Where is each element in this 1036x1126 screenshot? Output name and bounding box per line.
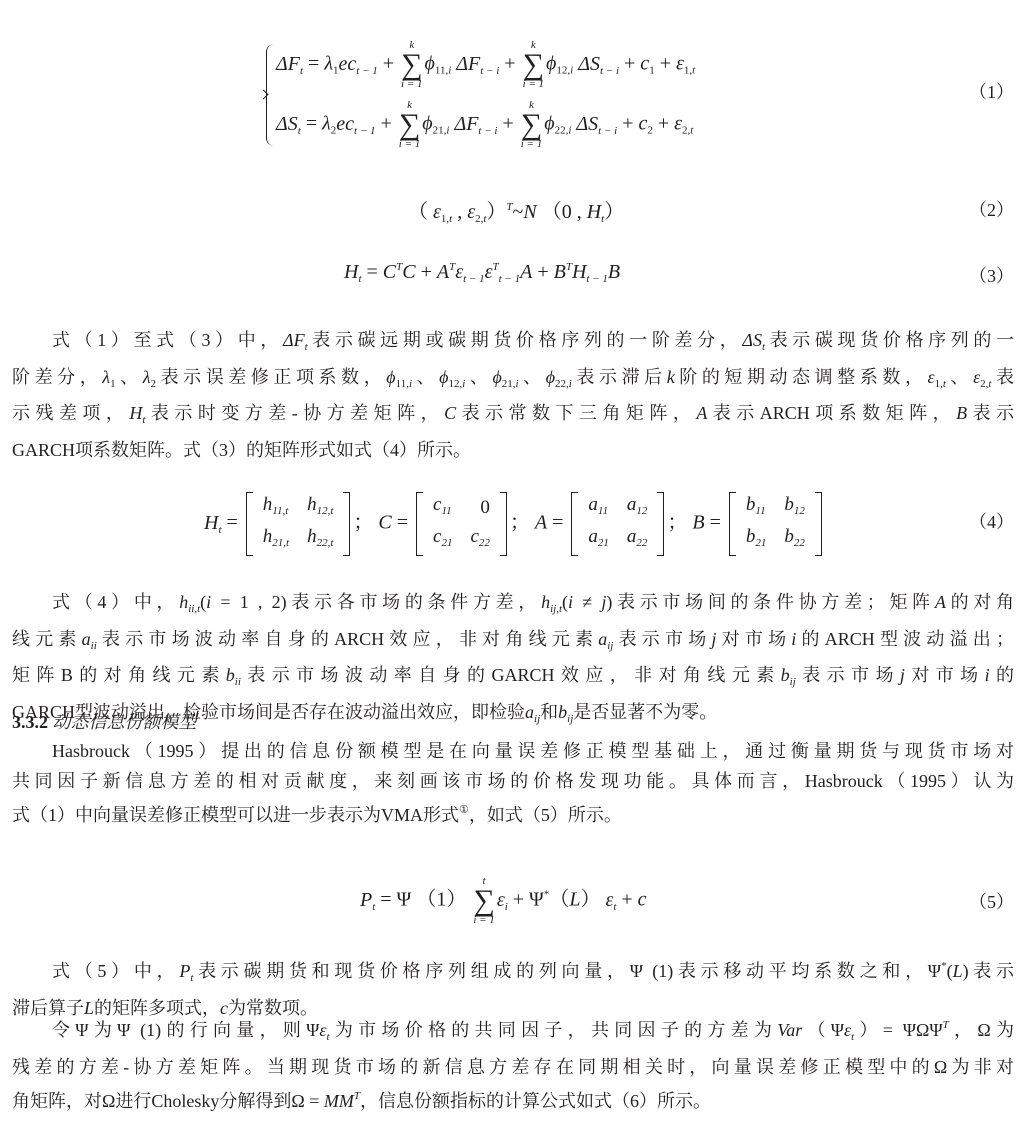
paragraph-1-line-3: 示残差项，Ht表示时变方差-协方差矩阵，C表示常数下三角矩阵，A表示ARCH项系… xyxy=(12,399,1014,436)
equation-1-brace xyxy=(266,44,275,146)
equation-4-number: （4） xyxy=(969,508,1014,534)
matrix-c: c110 c21c22 xyxy=(416,492,507,556)
paragraph-3-line-3: 式（1）中向量误差修正模型可以进一步表示为VMA形式①，如式（5）所示。 xyxy=(12,796,1014,831)
equation-1-line-1: ΔFt = λ1ect − 1 + k∑i = 1ϕ11,i ΔFt − i +… xyxy=(276,40,695,90)
matrix-h: h11,th12,t h21,th22,t xyxy=(246,492,351,556)
paragraph-3-line-2: 共同因子新信息方差的相对贡献度，来刻画该市场的价格发现功能。具体而言，Hasbr… xyxy=(12,767,1014,797)
paragraph-5-line-1: 令Ψ为Ψ (1)的行向量，则Ψεt为市场价格的共同因子，共同因子的方差为Var（… xyxy=(12,1011,1014,1053)
equation-5: Pt = Ψ （1） t∑i = 1εi + Ψ*（L） εt + c xyxy=(360,876,647,926)
equation-3: Ht = CTC + ATεt − 1εTt − 1A + BTHt − 1B xyxy=(344,261,620,285)
matrix-a: a11a12 a21a22 xyxy=(571,492,664,556)
paragraph-3-line-1: Hasbrouck（1995）提出的信息份额模型是在向量误差修正模型基础上，通过… xyxy=(12,737,1014,767)
equation-1-line-2: ΔSt = λ2ect − 1 + k∑i = 1ϕ21,i ΔFt − i +… xyxy=(276,100,693,150)
paragraph-1: 式（1）至式（3）中，ΔFt表示碳远期或碳期货价格序列的一阶差分，ΔSt表示碳现… xyxy=(12,326,1014,465)
section-number: 3.3.2 xyxy=(12,712,48,732)
equation-3-number: （3） xyxy=(969,262,1014,288)
paragraph-2-line-2: 线元素aii表示市场波动率自身的ARCH效应，非对角线元素aij表示市场j对市场… xyxy=(12,625,1014,662)
section-title: 动态信息份额模型 xyxy=(53,712,197,732)
paragraph-2-line-3: 矩阵B的对角线元素bii表示市场波动率自身的GARCH效应，非对角线元素bij表… xyxy=(12,661,1014,698)
equation-2: （ ε1,t , ε2,t）T~N （0 , Ht） xyxy=(408,195,624,225)
equation-2-number: （2） xyxy=(969,196,1014,222)
paragraph-4-line-1: 式（5）中，Pt表示碳期货和现货价格序列组成的列向量，Ψ (1)表示移动平均系数… xyxy=(12,952,1014,994)
paragraph-2-line-1: 式（4）中，hii,t(i = 1 , 2)表示各市场的条件方差，hij,t(i… xyxy=(12,588,1014,625)
paragraph-5-line-2: 残差的方差-协方差矩阵。当期现货市场的新信息方差存在同期相关时，向量误差修正模型… xyxy=(12,1053,1014,1083)
equation-5-number: （5） xyxy=(969,888,1014,914)
equation-1-number: （1） xyxy=(969,78,1014,104)
paragraph-5-line-3: 角矩阵，对Ω进行Cholesky分解得到Ω = MMT，信息份额指标的计算公式如… xyxy=(12,1082,1014,1117)
paragraph-3: Hasbrouck（1995）提出的信息份额模型是在向量误差修正模型基础上，通过… xyxy=(12,737,1014,831)
paragraph-1-line-2: 阶差分，λ1、λ2表示误差修正项系数，ϕ11,i、ϕ12,i、ϕ21,i、ϕ22… xyxy=(12,363,1014,400)
equation-4: Ht = h11,th12,t h21,th22,t ； C = c110 c2… xyxy=(204,492,825,556)
paragraph-1-line-1: 式（1）至式（3）中，ΔFt表示碳远期或碳期货价格序列的一阶差分，ΔSt表示碳现… xyxy=(12,326,1014,363)
paragraph-1-line-4: GARCH项系数矩阵。式（3）的矩阵形式如式（4）所示。 xyxy=(12,436,1014,466)
section-heading: 3.3.2 动态信息份额模型 xyxy=(12,708,197,734)
paragraph-5: 令Ψ为Ψ (1)的行向量，则Ψεt为市场价格的共同因子，共同因子的方差为Var（… xyxy=(12,1011,1014,1117)
matrix-b: b11b12 b21b22 xyxy=(729,492,822,556)
